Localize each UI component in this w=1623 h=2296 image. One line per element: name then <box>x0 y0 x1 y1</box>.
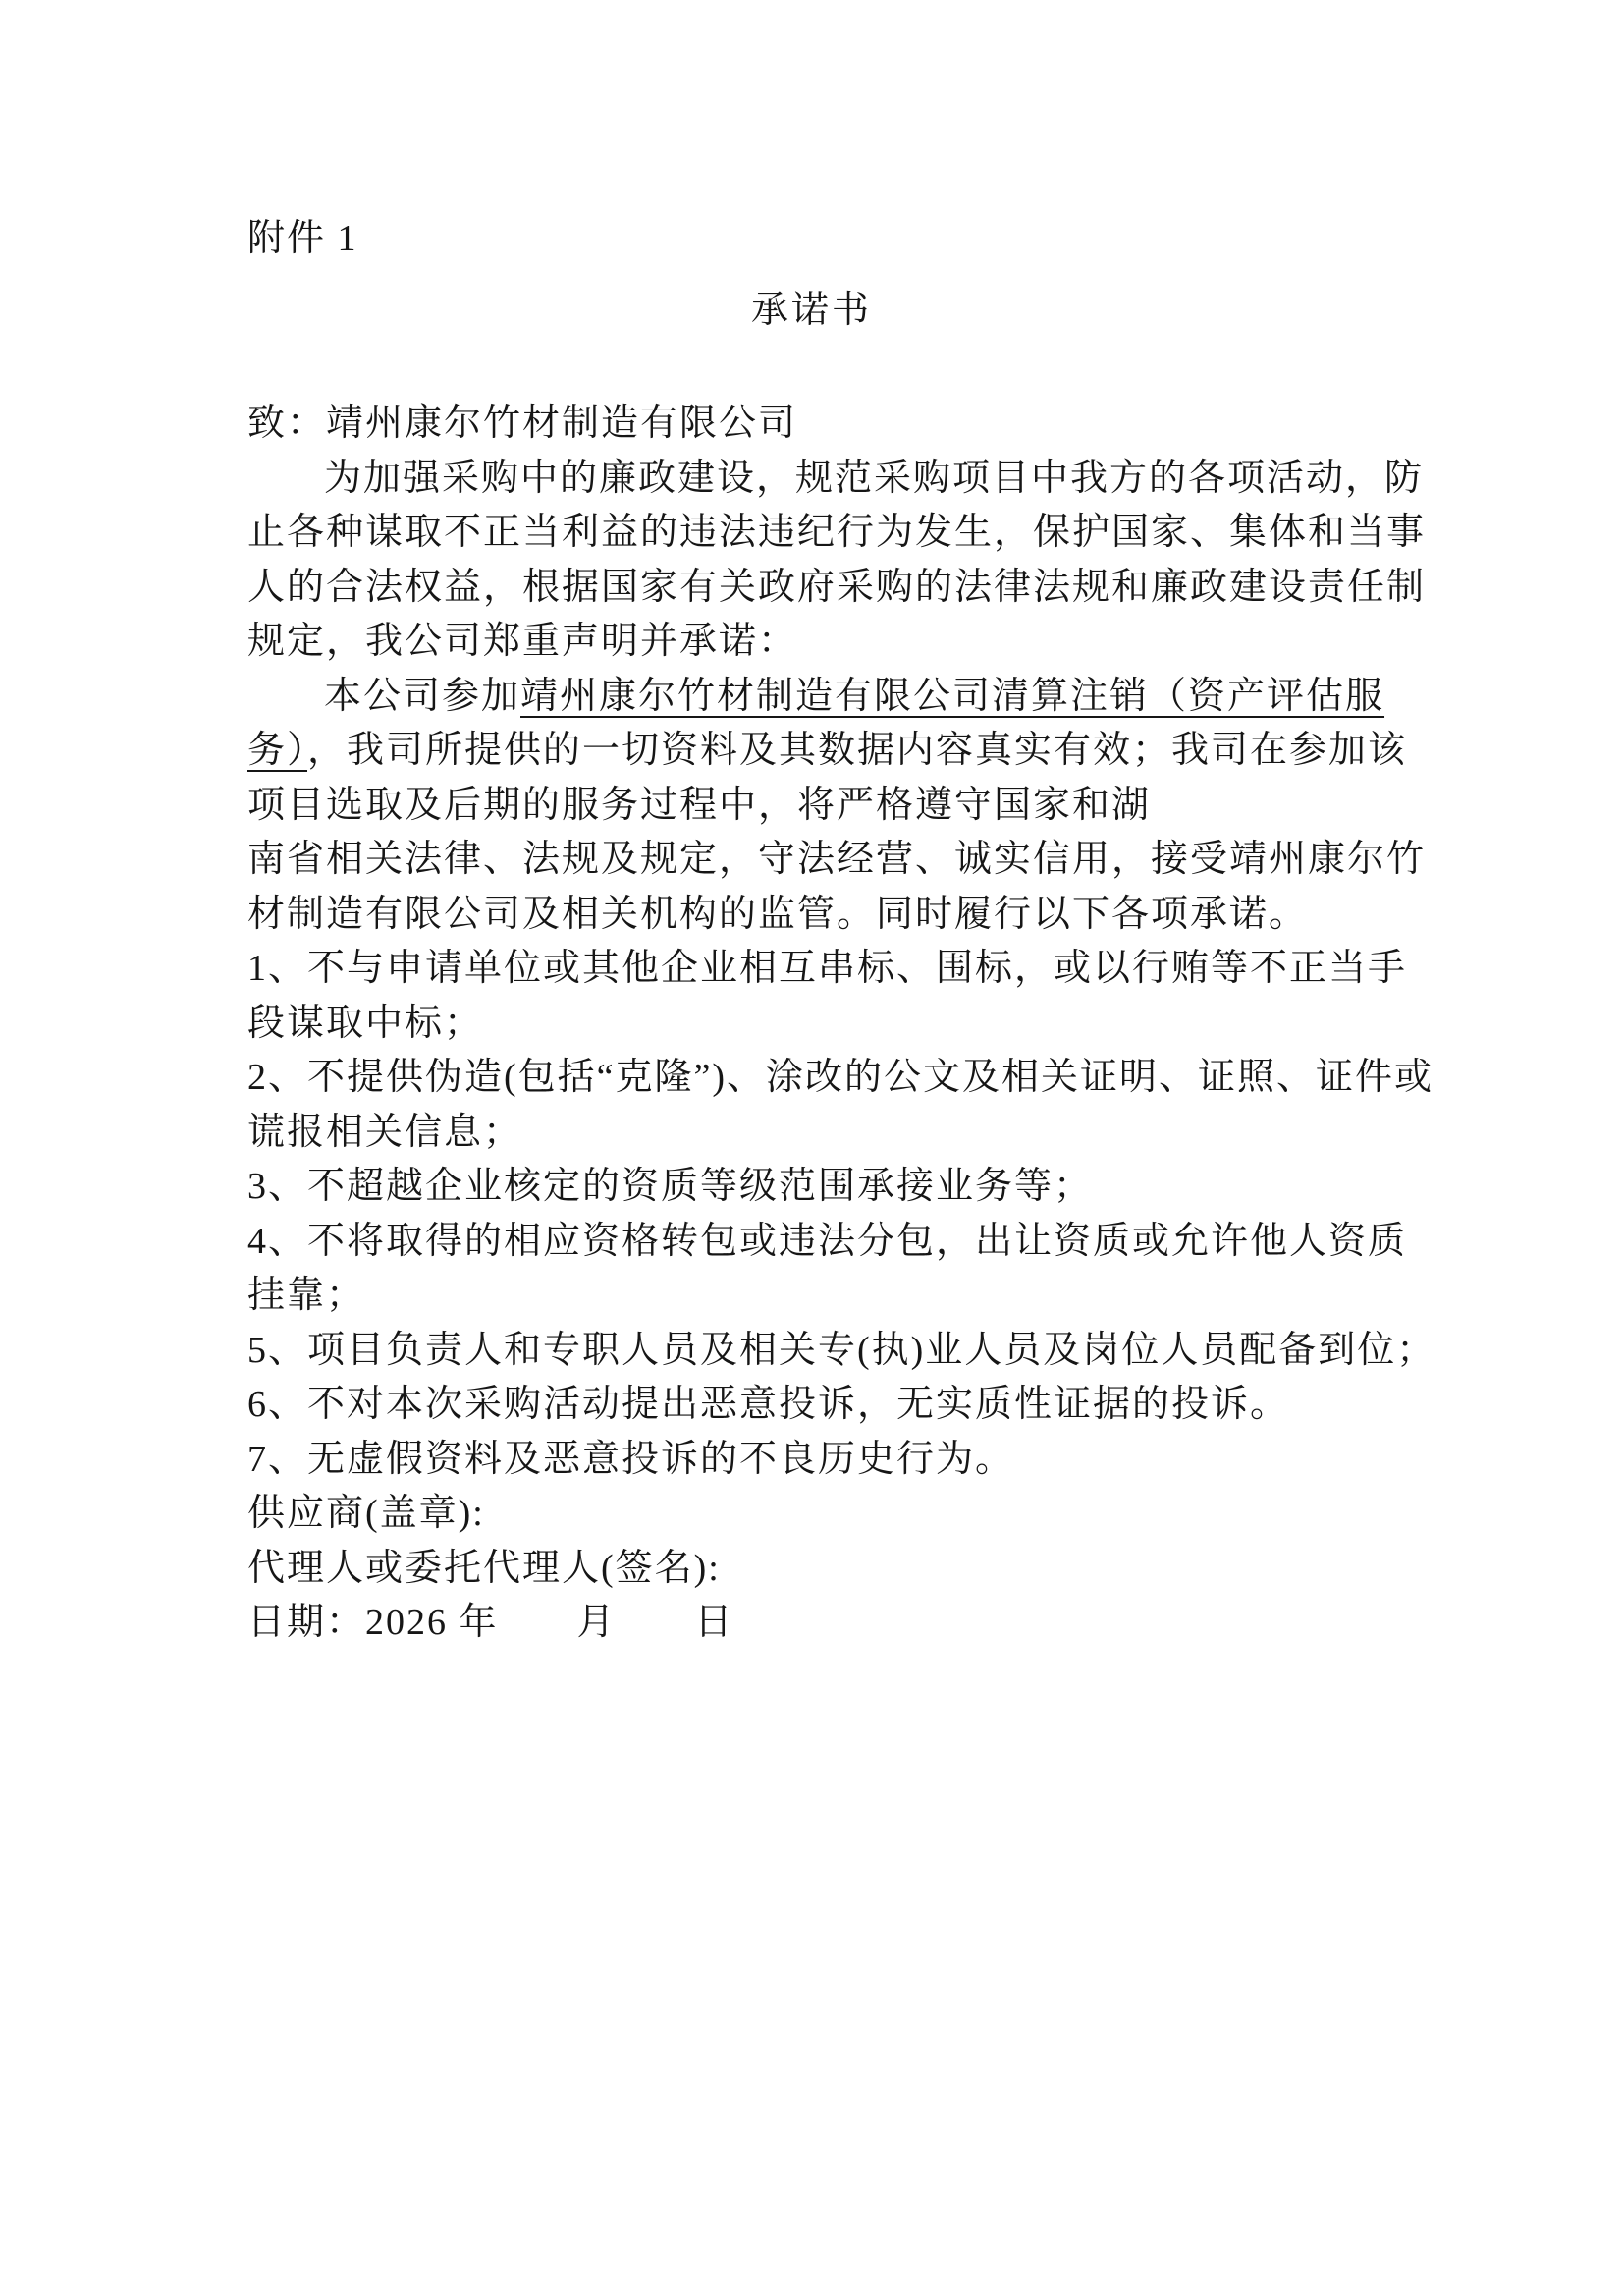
intro-line-1: 为加强采购中的廉政建设，规范采购项目中我方的各项活动，防 <box>247 452 1417 507</box>
commitment-line-1-cont: 段谋取中标； <box>247 997 1417 1052</box>
commitment-line-6: 6、不对本次采购活动提出恶意投诉，无实质性证据的投诉。 <box>247 1378 1417 1433</box>
date-line: 日期：2026 年 月 日 <box>247 1596 1417 1651</box>
commitment-line-2: 2、不提供伪造(包括“克隆”)、涂改的公文及相关证明、证照、证件或 <box>247 1051 1417 1106</box>
commitment-line-4-cont: 挂靠； <box>247 1269 1417 1324</box>
commitment-line-4: 4、不将取得的相应资格转包或违法分包，出让资质或允许他人资质 <box>247 1215 1417 1270</box>
commitment-line-1: 1、不与申请单位或其他企业相互串标、围标，或以行贿等不正当手 <box>247 942 1417 997</box>
participation-line-1: 本公司参加靖州康尔竹材制造有限公司清算注销（资产评估服 <box>247 670 1417 725</box>
intro-line-2: 止各种谋取不正当利益的违法违纪行为发生，保护国家、集体和当事 <box>247 506 1417 561</box>
attachment-label: 附件 1 <box>247 212 1417 267</box>
intro-line-4: 规定，我公司郑重声明并承诺： <box>247 615 1417 670</box>
participation-line-4: 南省相关法律、法规及规定，守法经营、诚实信用，接受靖州康尔竹 <box>247 833 1417 888</box>
participation-line-3: 项目选取及后期的服务过程中，将严格遵守国家和湖 <box>247 779 1417 834</box>
underlined-project-name-continued: 务） <box>247 730 307 771</box>
commitment-line-2-cont: 谎报相关信息； <box>247 1106 1417 1161</box>
commitment-line-5: 5、项目负责人和专职人员及相关专(执)业人员及岗位人员配备到位； <box>247 1324 1417 1379</box>
intro-line-3: 人的合法权益，根据国家有关政府采购的法律法规和廉政建设责任制 <box>247 561 1417 616</box>
commitment-line-7: 7、无虚假资料及恶意投诉的不良历史行为。 <box>247 1433 1417 1488</box>
participation-prefix: 本公司参加 <box>324 676 520 717</box>
underlined-project-name: 靖州康尔竹材制造有限公司清算注销（资产评估服 <box>520 676 1384 717</box>
participation-rest: ，我司所提供的一切资料及其数据内容真实有效；我司在参加该 <box>307 730 1407 771</box>
supplier-seal-line: 供应商(盖章): <box>247 1487 1417 1542</box>
participation-line-5: 材制造有限公司及相关机构的监管。同时履行以下各项承诺。 <box>247 888 1417 943</box>
document-title: 承诺书 <box>0 284 1623 339</box>
commitment-line-3: 3、不超越企业核定的资质等级范围承接业务等； <box>247 1160 1417 1215</box>
recipient-line: 致：靖州康尔竹材制造有限公司 <box>247 397 1417 452</box>
agent-signature-line: 代理人或委托代理人(签名): <box>247 1542 1417 1597</box>
commitment-letter: 附件 1 承诺书 致：靖州康尔竹材制造有限公司 为加强采购中的廉政建设，规范采购… <box>0 0 1623 1651</box>
participation-line-2: 务），我司所提供的一切资料及其数据内容真实有效；我司在参加该 <box>247 724 1417 779</box>
document-page: 附件 1 承诺书 致：靖州康尔竹材制造有限公司 为加强采购中的廉政建设，规范采购… <box>0 0 1623 2296</box>
